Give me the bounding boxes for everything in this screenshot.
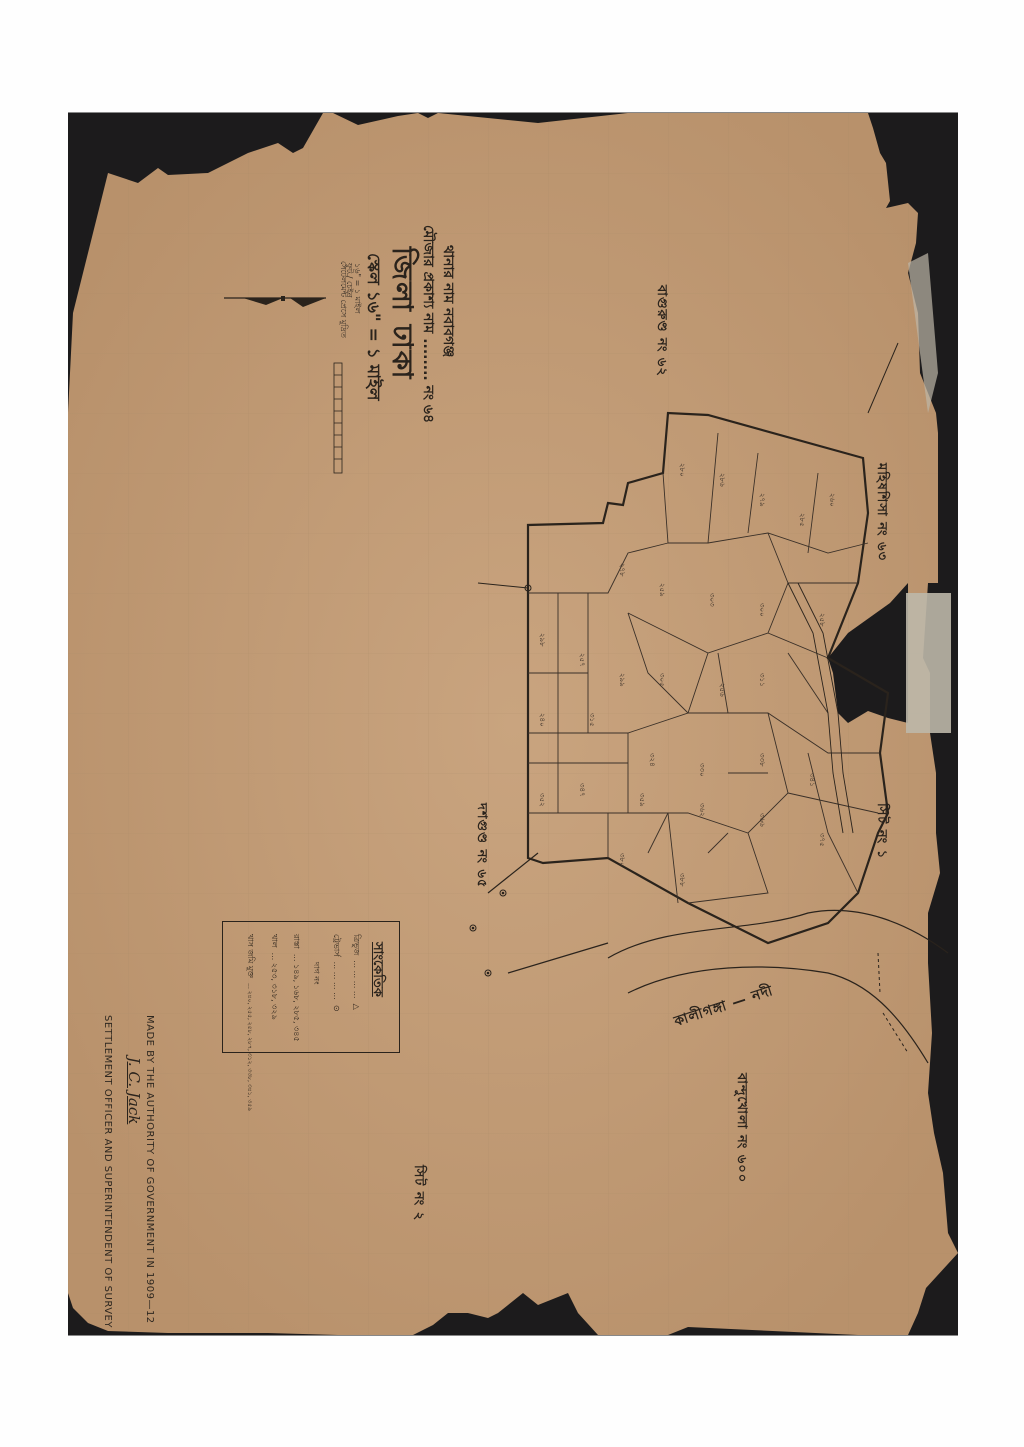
plot-number: ২৭৮ — [616, 563, 628, 577]
plot-number: ৩৪৭ — [576, 783, 588, 797]
thana-text: থানার নাম নবাবগঞ্জ — [440, 245, 456, 357]
legend-row: খাল ... ২৫৩, ৩১৮, ৩২৯ — [267, 934, 287, 1020]
legend-row: খাস জমি মুক্ত ... ২৪০, ২৫৫, ২৫৮, ২৮৭, ৩১… — [243, 934, 263, 1111]
plot-number: ২৯৮ — [536, 633, 548, 647]
legend-box: সাংকেতিক ত্রিভুজ ... ... ... ... △ ট্রেভ… — [222, 921, 400, 1053]
plot-number: ৩৬৬ — [756, 813, 768, 827]
plot-number: ২৭৯ — [756, 493, 768, 507]
scanned-map-sheet: থানার নাম নবাবগঞ্জ মৌজার প্রকাশ্য নাম ..… — [68, 112, 958, 1336]
plot-number: ২৮০ — [676, 463, 688, 477]
plot-number: ২৮৬ — [716, 473, 728, 487]
plot-number: ৩৩৮ — [756, 753, 768, 767]
plot-number: ৩০৫ — [656, 673, 668, 687]
label-north-left: বাগুরুণ্ড নং ৬২ — [650, 285, 673, 377]
legend-row: ত্রিভুজ ... ... ... ... △ — [349, 934, 369, 1010]
plot-number: ২৫৮ — [816, 613, 828, 627]
legend-row: দাগ নং — [309, 962, 329, 985]
legend-title: সাংকেতিক — [366, 942, 389, 997]
label-south-east: বান্দুখোলা নং ৬০০ — [730, 1073, 753, 1183]
plot-number: ৩৭৫ — [816, 833, 828, 847]
made-by-authority: MADE BY THE AUTHORITY OF GOVERNMENT IN 1… — [143, 1015, 162, 1324]
plot-number: ৩৪১ — [806, 773, 818, 787]
plot-number: ৩১১ — [756, 673, 768, 687]
settlement-officer: SETTLEMENT OFFICER AND SUPERINTENDENT OF… — [101, 1015, 120, 1328]
press-note: সেটেলমেন্ট প্রেসে মুদ্রিত — [336, 261, 356, 338]
label-east-sheet: সিট নং ১ — [870, 803, 893, 859]
label-north-right: মহিষশিসা নং ৬৩ — [870, 463, 893, 561]
legend-row: রাস্তা ... ১৪৯, ১৬৮, ২৮৫, ৩৪৫ — [289, 934, 309, 1042]
plot-number: ৩২৪ — [646, 753, 658, 767]
signature: J. C. Jack — [125, 1057, 144, 1124]
plot-number: ২৫৭ — [576, 653, 588, 667]
plot-number: ৩৮০ — [616, 853, 628, 867]
plot-number: ৩০৩ — [706, 593, 718, 607]
map-paper — [68, 113, 958, 1335]
legend-row: ট্রেভার্স ... ... ... ... ⊙ — [329, 934, 349, 1012]
tape-strip — [906, 593, 951, 733]
plot-number: ২৮৫ — [796, 513, 808, 527]
plot-number: ২৯৯ — [616, 673, 628, 687]
plot-number: ৩০০ — [756, 603, 768, 617]
district-text: জিলা ঢাকা — [386, 247, 419, 380]
plot-number: ২৫৯ — [656, 583, 668, 597]
plot-number: ৩৫২ — [536, 793, 548, 807]
plot-number: ৩৬২ — [696, 803, 708, 817]
plot-number: ৩১৫ — [586, 713, 598, 727]
label-south-west-sheet: সিট নং ২ — [407, 1165, 430, 1221]
plot-number: ২৬০ — [826, 493, 838, 507]
plot-number: ৩৮৮ — [676, 873, 688, 887]
plot-number: ২৪০ — [536, 713, 548, 727]
label-center: দশগুণ্ড নং ৬৫ — [470, 803, 493, 888]
plot-number: ৩৫৯ — [636, 793, 648, 807]
plot-number: ৩৩০ — [696, 763, 708, 777]
plot-number: ২৫৬ — [716, 683, 728, 697]
